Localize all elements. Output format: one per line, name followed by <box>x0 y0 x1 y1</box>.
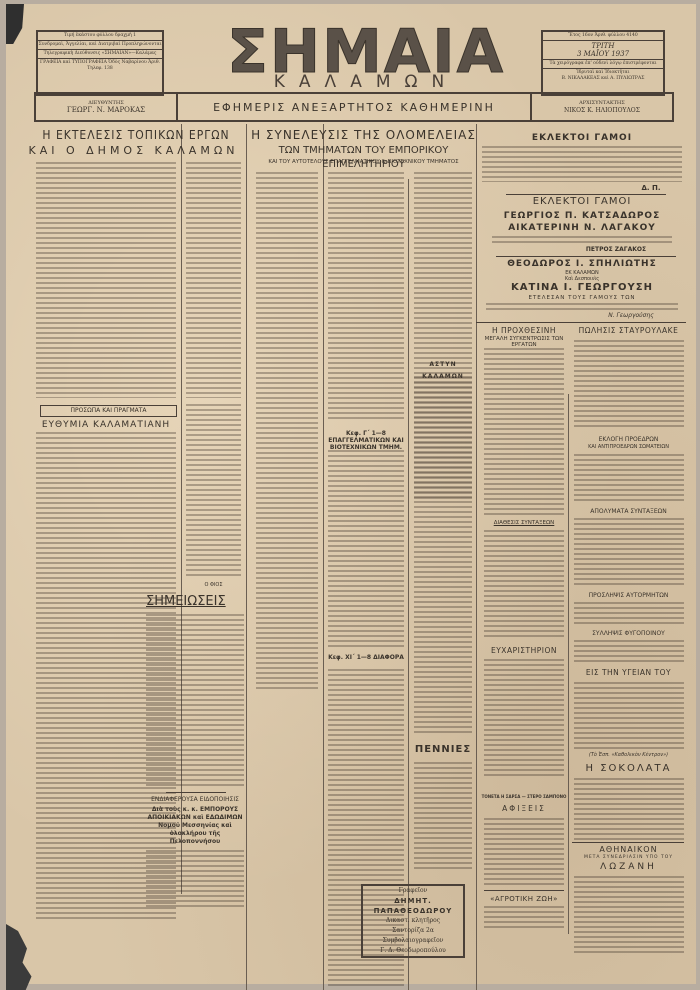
telegraph-line: Τηλεγραφικὴ Διεύθυνσις «ΣΗΜΑΙΑΝ»—Καλάμας <box>38 50 162 59</box>
article-body <box>574 454 684 504</box>
article-body <box>186 162 241 398</box>
column-rule <box>246 124 247 990</box>
price-info-box: Τιμή ἑκάστου φύλλου δραχμὴ 1 Συνδρομαὶ, … <box>36 30 164 96</box>
article-body <box>486 303 678 311</box>
issue-day: ΤΡΙΤΗ <box>592 42 615 50</box>
article-title: ΕΙΣ ΤΗΝ ΥΓΕΙΑΝ ΤΟΥ <box>571 668 686 678</box>
issue-number: Ἔτος 16ον Ἀριθ. φύλλου 4140 <box>543 32 663 41</box>
torn-corner <box>6 4 24 44</box>
article-title: ΕΝΔΙΑΦΕΡΟΥΣΑ ΕΙΔΟΠΟΙΗΣΙΣ <box>146 796 244 803</box>
torn-edge <box>6 924 36 990</box>
signature: ΤΟΝΕΤΑ Η ΣΑΡΣΑ — ΣΤΕΡΟ ΣΑΜΠΟΝΟ <box>480 794 568 799</box>
section-tag-label: ΠΡΟΣΩΠΑ ΚΑΙ ΠΡΑΓΜΑΤΑ <box>70 407 146 414</box>
article-subtitle: ΚΑΙ Ο ΔΗΜΟΣ ΚΑΛΑΜΩΝ <box>26 144 241 158</box>
divider <box>166 792 226 793</box>
ad-line: Γ. Δ. Θεοδωροπούλου <box>363 946 463 956</box>
editor-box: ΑΡΧΙΣΥΝΤΑΚΤΗΣ ΝΙΚΟΣ Κ. ΗΛΙΟΠΟΥΛΟΣ <box>532 94 672 120</box>
ad-name: ΔΗΜΗΤ. ΠΑΠΑΘΕΟΔΩΡΟΥ <box>363 896 463 916</box>
article-body <box>484 348 564 516</box>
article-title: ΕΚΛΕΚΤΟΙ ΓΑΜΟΙ <box>482 132 682 144</box>
founders-label: Ἱδρυταὶ καὶ Ἰδιοκτῆται <box>577 70 630 75</box>
article-body <box>484 818 564 886</box>
article-body <box>574 640 684 662</box>
article-body <box>36 162 176 398</box>
article-title: ΣΗΜΕΙΩΣΕΙΣ <box>146 594 244 609</box>
ad-line: Συμβολαιογραφεῖον <box>363 936 463 946</box>
manuscripts-note: Τὰ χειρόγραφα ἐπ' οὐδενὶ λόγῳ ἐπιστρέφον… <box>543 60 663 69</box>
divider <box>572 842 684 843</box>
column-rule <box>568 394 569 934</box>
article-subtitle: ΚΑΙ ΑΝΤΙΠΡΟΕΔΡΩΝ ΣΩΜΑΤΕΙΩΝ <box>571 444 686 450</box>
article-title: ΕΥΧΑΡΙΣΤΗΡΙΟΝ <box>482 646 566 656</box>
article-body <box>146 850 244 910</box>
offices-line: ΓΡΑΦΕΙΑ καὶ ΤΥΠΟΓΡΑΦΕΙΑ Ὁδὸς Ναβαρίνου Ἀ… <box>38 59 162 73</box>
advertisement-box: Γραφεῖον ΔΗΜΗΤ. ΠΑΠΑΘΕΟΔΩΡΟΥ Δικαστ. κλη… <box>361 884 465 958</box>
column-rule <box>323 124 324 990</box>
wedding-line: ΕΤΕΛΕΣΑΝ ΤΟΥΣ ΓΑΜΟΥΣ ΤΩΝ <box>482 295 682 301</box>
article-title: ΑΦΙΞΕΙΣ <box>482 804 566 814</box>
article-body <box>482 146 682 182</box>
article-body <box>574 682 684 752</box>
article-body <box>484 530 564 640</box>
tagline: ΕΦΗΜΕΡΙΣ ΑΝΕΞΑΡΤΗΤΟΣ ΚΑΘΗΜΕΡΙΝΗ <box>178 94 532 120</box>
article-title: ΕΚΛΕΚΤΟΙ ΓΑΜΟΙ <box>482 196 682 208</box>
issue-date: ΤΡΙΤΗ 3 ΜΑΪΟΥ 1937 <box>543 41 663 60</box>
subscription-line: Συνδρομαὶ, Ἀγγελίαι, καὶ Διατριβαὶ Προπλ… <box>38 41 162 50</box>
article-title: ΕΥΘΥΜΙΑ ΚΑΛΑΜΑΤΙΑΝΗ <box>36 418 176 432</box>
article-title: ΠΕΝΝΙΕΣ <box>410 744 476 756</box>
section-subheading: Κεφ. ΧΙ΄ 1—8 ΔΙΑΦΟΡΑ <box>326 654 406 661</box>
column-rule <box>476 124 477 990</box>
issue-info-box: Ἔτος 16ον Ἀριθ. φύλλου 4140 ΤΡΙΤΗ 3 ΜΑΪΟ… <box>541 30 665 96</box>
price-line: Τιμή ἑκάστου φύλλου δραχμὴ 1 <box>38 32 162 41</box>
director-box: ΔΙΕΥΘΥΝΤΗΣ ΓΕΩΡΓ. Ν. ΜΑΡΟΚΑΣ <box>36 94 178 120</box>
article-title: ΕΚΛΟΓΗ ΠΡΟΕΔΡΩΝ <box>571 436 686 443</box>
issue-date-text: 3 ΜΑΪΟΥ 1937 <box>577 50 629 58</box>
article-body <box>256 172 318 692</box>
groom-name: ΓΕΩΡΓΙΟΣ Π. ΚΑΤΣΑΔΩΡΟΣ <box>482 210 682 222</box>
groom-name: ΘΕΟΔΩΡΟΣ Ι. ΣΠΗΛΙΩΤΗΣ <box>482 258 682 270</box>
article-body <box>492 236 672 244</box>
signature: Ο ΦΙΟΣ <box>186 582 241 588</box>
article-body: Διὰ τοὺς κ. κ. ΕΜΠΟΡΟΥΣ ΑΠΟΙΚΙΑΚΩΝ καὶ Ε… <box>146 806 244 846</box>
article-subtitle: ΤΩΝ ΤΜΗΜΑΤΩΝ ΤΟΥ ΕΜΠΟΡΙΚΟΥ ΕΠΙΜΕΛΗΤΗΡΙΟΥ <box>246 144 481 172</box>
ad-line: Γραφεῖον <box>363 886 463 896</box>
founders: Ἱδρυταὶ καὶ Ἰδιοκτῆται Β. ΝΙΚΑΛΑΚΕΑΣ καὶ… <box>543 69 663 83</box>
bride-name: ΑΙΚΑΤΕΡΙΝΗ Ν. ΛΑΓΑΚΟΥ <box>482 222 682 234</box>
section-tag: ΠΡΟΣΩΠΑ ΚΑΙ ΠΡΑΓΜΑΤΑ <box>40 405 177 417</box>
article-subtitle-2: ΛΩΖΑΝΗ <box>571 862 686 872</box>
column-rule <box>408 179 409 990</box>
article-body <box>574 602 684 626</box>
bride-name: ΚΑΤΙΝΑ Ι. ΓΕΩΡΓΟΥΣΗ <box>482 282 682 294</box>
article-body <box>414 762 472 872</box>
signature: Ν. Γεωργούσης <box>586 312 676 319</box>
article-body <box>328 172 404 422</box>
article-source: (Τὸ Ἑσπ. «Καθολικὸν Κέντρον») <box>571 752 686 758</box>
signature: ΠΕΤΡΟΣ ΖΑΓΑΚΟΣ <box>546 246 686 253</box>
article-title: ΑΠΟΛΥΜΑΤΑ ΣΥΝΤΑΞΕΩΝ <box>571 508 686 515</box>
newspaper-subtitle: ΚΑΛΑΜΩΝ <box>216 72 516 92</box>
article-title: ΠΡΟΣΛΗΨΙΣ ΑΥΤΟΡΜΗΤΩΝ <box>571 592 686 599</box>
director-name: ΓΕΩΡΓ. Ν. ΜΑΡΟΚΑΣ <box>67 107 145 114</box>
newspaper-page: Τιμή ἑκάστου φύλλου δραχμὴ 1 Συνδρομαὶ, … <box>6 4 696 984</box>
divider <box>496 256 676 257</box>
masthead-bar: ΔΙΕΥΘΥΝΤΗΣ ΓΕΩΡΓ. Ν. ΜΑΡΟΚΑΣ ΕΦΗΜΕΡΙΣ ΑΝ… <box>34 92 674 122</box>
editor-label: ΑΡΧΙΣΥΝΤΑΚΤΗΣ <box>579 100 625 107</box>
article-body <box>574 340 684 430</box>
article-body <box>484 906 564 930</box>
founders-names: Β. ΝΙΚΑΛΑΚΕΑΣ καὶ Α. ΠΥΛΙΩΤΡΑΣ <box>562 76 645 81</box>
article-body <box>574 876 684 954</box>
ad-line: Σαντορίζα 2α <box>363 926 463 936</box>
section-subheading: Κεφ. Γ΄ 1—8 ΕΠΑΓΓΕΛΜΑΤΙΚΩΝ ΚΑΙ ΒΙΟΤΕΧΝΙΚ… <box>326 430 406 451</box>
article-title: ΔΙΑΘΕΣΙΣ ΣΥΝΤΑΞΕΩΝ <box>482 520 566 526</box>
article-body <box>328 450 404 650</box>
article-body <box>186 404 241 579</box>
article-subtitle: ΜΕΤΑ ΣΥΝΕΔΡΙΑΣΙΝ ΥΠΟ ΤΟΥ <box>571 855 686 860</box>
article-body <box>484 659 564 779</box>
signature: Δ. Π. <box>626 184 676 192</box>
article-title: ΣΥΛΛΗΨΙΣ ΦΥΓΟΠΟΙΝΟΥ <box>571 630 686 637</box>
article-title: ΠΩΛΗΣΙΣ ΣΤΑΥΡΟΥΛΑΚΕ <box>571 326 686 336</box>
article-title: «ΑΓΡΟΤΙΚΗ ΖΩΗ» <box>482 894 566 904</box>
article-body <box>146 614 244 789</box>
divider <box>484 890 564 891</box>
divider <box>506 194 666 195</box>
article-body <box>414 376 472 736</box>
article-body <box>574 778 684 840</box>
ad-line: Δικαστ. κλητῆρος <box>363 916 463 926</box>
article-body <box>574 518 684 588</box>
article-subtitle-2: ΚΑΙ ΤΟΥ ΑΥΤΟΤΕΛΟΥΣ ΕΠΑΓΓΕΛΜΑΤΙΚΟΥ & ΒΙΟΤ… <box>251 159 476 165</box>
article-title: Η ΕΚΤΕΛΕΣΙΣ ΤΟΠΙΚΩΝ ΕΡΓΩΝ <box>36 128 236 142</box>
article-subtitle: ΜΕΓΑΛΗ ΣΥΓΚΕΝΤΡΩΣΙΣ ΤΩΝ ΕΡΓΑΤΩΝ <box>480 336 568 348</box>
article-title: Η ΣΥΝΕΛΕΥΣΙΣ ΤΗΣ ΟΛΟΜΕΛΕΙΑΣ <box>251 128 476 142</box>
article-title: Η ΣΟΚΟΛΑΤΑ <box>571 764 686 774</box>
divider <box>476 322 686 323</box>
editor-name: ΝΙΚΟΣ Κ. ΗΛΙΟΠΟΥΛΟΣ <box>564 107 640 114</box>
article-title: Η ΠΡΟΧΘΕΣΙΝΗ <box>482 326 566 336</box>
